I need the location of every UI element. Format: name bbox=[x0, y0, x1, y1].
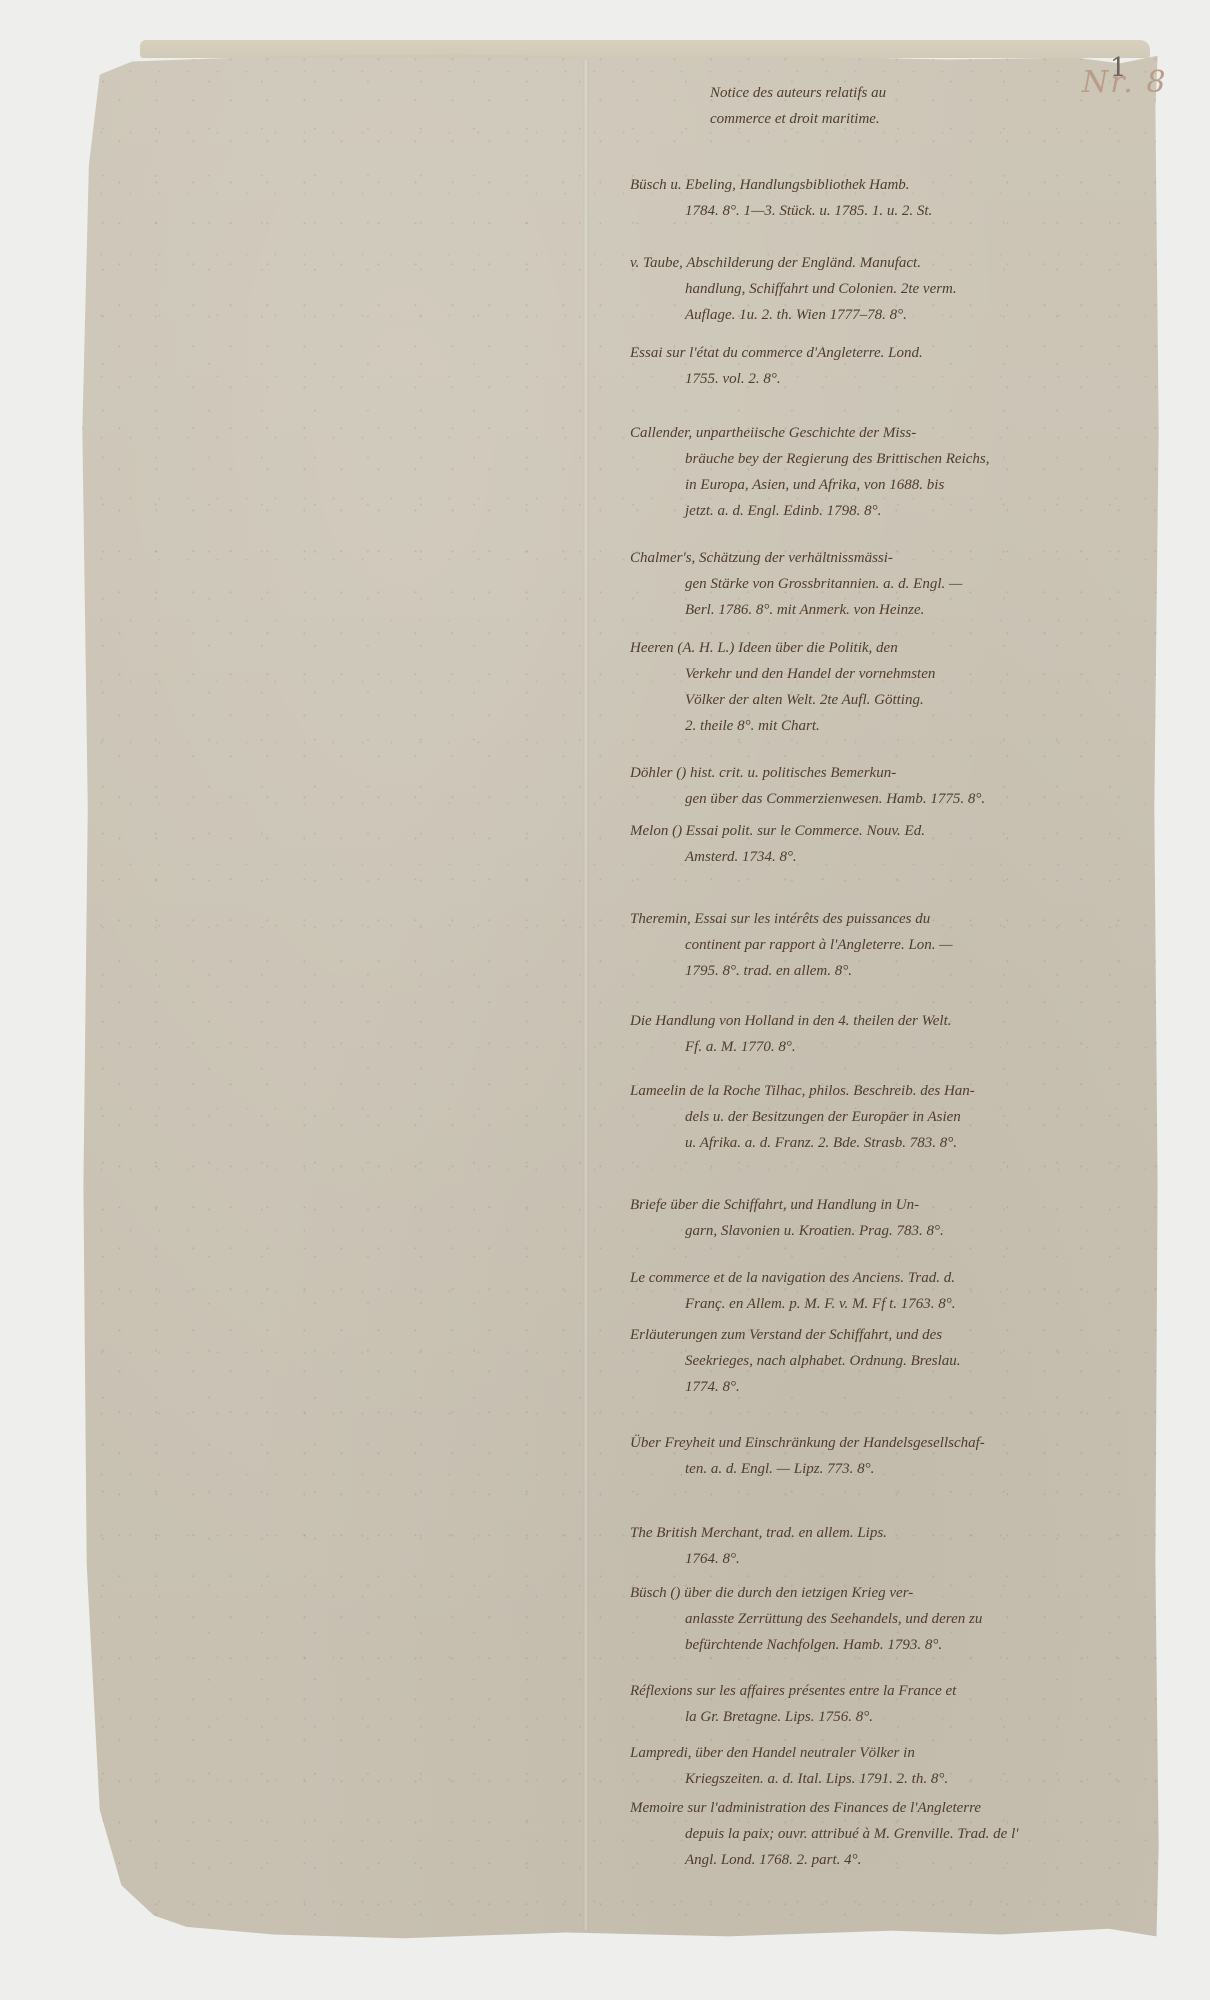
entry-line: Die Handlung von Holland in den 4. theil… bbox=[630, 1008, 1150, 1034]
entry-line: 1795. 8°. trad. en allem. 8°. bbox=[630, 958, 1150, 984]
entry-line: Melon () Essai polit. sur le Commerce. N… bbox=[630, 818, 1150, 844]
bibliography-entry: v. Taube, Abschilderung der Engländ. Man… bbox=[630, 250, 1150, 328]
entry-line: Lameelin de la Roche Tilhac, philos. Bes… bbox=[630, 1078, 1150, 1104]
entry-line: Angl. Lond. 1768. 2. part. 4°. bbox=[630, 1847, 1150, 1873]
bibliography-entry: Réflexions sur les affaires présentes en… bbox=[630, 1678, 1150, 1730]
page-heading: Notice des auteurs relatifs au commerce … bbox=[710, 80, 1150, 132]
bibliography-entry: Döhler () hist. crit. u. politisches Bem… bbox=[630, 760, 1150, 812]
entry-line: Berl. 1786. 8°. mit Anmerk. von Heinze. bbox=[630, 597, 1150, 623]
entry-line: Verkehr und den Handel der vornehmsten bbox=[630, 661, 1150, 687]
entry-line: Callender, unpartheiische Geschichte der… bbox=[630, 420, 1150, 446]
entry-line: Amsterd. 1734. 8°. bbox=[630, 844, 1150, 870]
bibliography-entry: Lameelin de la Roche Tilhac, philos. Bes… bbox=[630, 1078, 1150, 1156]
entry-line: v. Taube, Abschilderung der Engländ. Man… bbox=[630, 250, 1150, 276]
entry-line: gen Stärke von Grossbritannien. a. d. En… bbox=[630, 571, 1150, 597]
entry-line: Réflexions sur les affaires présentes en… bbox=[630, 1678, 1150, 1704]
bibliography-entry: Über Freyheit und Einschränkung der Hand… bbox=[630, 1430, 1150, 1482]
bibliography-entry: The British Merchant, trad. en allem. Li… bbox=[630, 1520, 1150, 1572]
bibliography-entry: Büsch () über die durch den ietzigen Kri… bbox=[630, 1580, 1150, 1658]
entry-line: Seekrieges, nach alphabet. Ordnung. Bres… bbox=[630, 1348, 1150, 1374]
entry-line: la Gr. Bretagne. Lips. 1756. 8°. bbox=[630, 1704, 1150, 1730]
heading-line: Notice des auteurs relatifs au bbox=[710, 80, 1150, 106]
entry-line: garn, Slavonien u. Kroatien. Prag. 783. … bbox=[630, 1218, 1150, 1244]
entry-line: handlung, Schiffahrt und Colonien. 2te v… bbox=[630, 276, 1150, 302]
bibliography-entry: Lampredi, über den Handel neutraler Völk… bbox=[630, 1740, 1150, 1792]
entry-line: Le commerce et de la navigation des Anci… bbox=[630, 1265, 1150, 1291]
entry-line: Essai sur l'état du commerce d'Angleterr… bbox=[630, 340, 1150, 366]
entry-line: Über Freyheit und Einschränkung der Hand… bbox=[630, 1430, 1150, 1456]
bibliography-entry: Chalmer's, Schätzung der verhältnissmäss… bbox=[630, 545, 1150, 623]
entry-line: 1784. 8°. 1—3. Stück. u. 1785. 1. u. 2. … bbox=[630, 198, 1150, 224]
entry-line: u. Afrika. a. d. Franz. 2. Bde. Strasb. … bbox=[630, 1130, 1150, 1156]
entry-line: Auflage. 1u. 2. th. Wien 1777–78. 8°. bbox=[630, 302, 1150, 328]
entry-line: ten. a. d. Engl. — Lipz. 773. 8°. bbox=[630, 1456, 1150, 1482]
entry-line: Briefe über die Schiffahrt, und Handlung… bbox=[630, 1192, 1150, 1218]
entry-line: Erläuterungen zum Verstand der Schiffahr… bbox=[630, 1322, 1150, 1348]
entry-line: anlasste Zerrüttung des Seehandels, und … bbox=[630, 1606, 1150, 1632]
entry-line: 1755. vol. 2. 8°. bbox=[630, 366, 1150, 392]
entry-line: dels u. der Besitzungen der Europäer in … bbox=[630, 1104, 1150, 1130]
entry-line: Völker der alten Welt. 2te Aufl. Götting… bbox=[630, 687, 1150, 713]
entry-line: jetzt. a. d. Engl. Edinb. 1798. 8°. bbox=[630, 498, 1150, 524]
entry-line: Franç. en Allem. p. M. F. v. M. Ff t. 17… bbox=[630, 1291, 1150, 1317]
entry-line: Chalmer's, Schätzung der verhältnissmäss… bbox=[630, 545, 1150, 571]
bibliography-entry: Erläuterungen zum Verstand der Schiffahr… bbox=[630, 1322, 1150, 1400]
entry-line: Kriegszeiten. a. d. Ital. Lips. 1791. 2.… bbox=[630, 1766, 1150, 1792]
bibliography-entry: Callender, unpartheiische Geschichte der… bbox=[630, 420, 1150, 524]
entry-line: Theremin, Essai sur les intérêts des pui… bbox=[630, 906, 1150, 932]
entry-line: depuis la paix; ouvr. attribué à M. Gren… bbox=[630, 1821, 1150, 1847]
bibliography-entry: Memoire sur l'administration des Finance… bbox=[630, 1795, 1150, 1873]
entry-line: continent par rapport à l'Angleterre. Lo… bbox=[630, 932, 1150, 958]
entry-line: befürchtende Nachfolgen. Hamb. 1793. 8°. bbox=[630, 1632, 1150, 1658]
bibliography-entry: Melon () Essai polit. sur le Commerce. N… bbox=[630, 818, 1150, 870]
manuscript-sheet bbox=[78, 52, 1163, 1942]
center-fold-line bbox=[583, 60, 589, 1930]
entry-line: Büsch () über die durch den ietzigen Kri… bbox=[630, 1580, 1150, 1606]
entry-line: The British Merchant, trad. en allem. Li… bbox=[630, 1520, 1150, 1546]
entry-line: gen über das Commerzienwesen. Hamb. 1775… bbox=[630, 786, 1150, 812]
entry-line: 1774. 8°. bbox=[630, 1374, 1150, 1400]
bibliography-entry: Le commerce et de la navigation des Anci… bbox=[630, 1265, 1150, 1317]
entry-line: Memoire sur l'administration des Finance… bbox=[630, 1795, 1150, 1821]
bibliography-entry: Die Handlung von Holland in den 4. theil… bbox=[630, 1008, 1150, 1060]
manuscript-text: Notice des auteurs relatifs au commerce … bbox=[630, 80, 1150, 132]
bibliography-entry: Büsch u. Ebeling, Handlungsbibliothek Ha… bbox=[630, 172, 1150, 224]
heading-line: commerce et droit maritime. bbox=[710, 106, 1150, 132]
bibliography-entry: Theremin, Essai sur les intérêts des pui… bbox=[630, 906, 1150, 984]
entry-line: Döhler () hist. crit. u. politisches Bem… bbox=[630, 760, 1150, 786]
bibliography-entry: Essai sur l'état du commerce d'Angleterr… bbox=[630, 340, 1150, 392]
entry-line: Lampredi, über den Handel neutraler Völk… bbox=[630, 1740, 1150, 1766]
entry-line: 1764. 8°. bbox=[630, 1546, 1150, 1572]
entry-line: Ff. a. M. 1770. 8°. bbox=[630, 1034, 1150, 1060]
folio-top-mark: 1 bbox=[1110, 53, 1129, 83]
bibliography-entry: Heeren (A. H. L.) Ideen über die Politik… bbox=[630, 635, 1150, 739]
entry-line: in Europa, Asien, und Afrika, von 1688. … bbox=[630, 472, 1150, 498]
bibliography-entry: Briefe über die Schiffahrt, und Handlung… bbox=[630, 1192, 1150, 1244]
entry-line: 2. theile 8°. mit Chart. bbox=[630, 713, 1150, 739]
torn-top-edge bbox=[140, 40, 1150, 58]
entry-line: bräuche bey der Regierung des Brittische… bbox=[630, 446, 1150, 472]
entry-line: Büsch u. Ebeling, Handlungsbibliothek Ha… bbox=[630, 172, 1150, 198]
entry-line: Heeren (A. H. L.) Ideen über die Politik… bbox=[630, 635, 1150, 661]
